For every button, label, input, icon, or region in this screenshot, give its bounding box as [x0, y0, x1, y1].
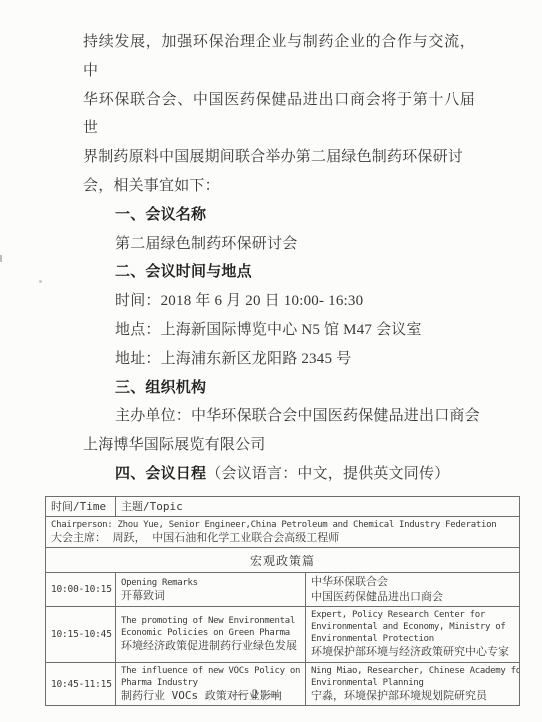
chairperson-en: Chairperson: Zhou Yue, Senior Engineer,C…	[51, 519, 514, 531]
section-4-language-note: （会议语言：中文，提供英文同传）	[206, 466, 449, 482]
conference-address: 地址：上海浦东新区龙阳路 2345 号	[115, 345, 487, 374]
item-speaker-en: Ning Miao, Researcher, Chinese Academy f…	[311, 665, 514, 689]
item-time: 10:00-10:15	[46, 573, 116, 607]
conference-name: 第二届绿色制药环保研讨会	[115, 230, 487, 259]
header-topic: 主题/Topic	[116, 496, 520, 516]
chairperson-row: Chairperson: Zhou Yue, Senior Engineer,C…	[46, 516, 520, 548]
section-4-heading: 四、会议日程	[115, 466, 206, 482]
agenda-item-row: 10:15-10:45 The promoting of New Environ…	[46, 607, 520, 663]
item-speaker-cn: 环境保护部环境与经济政策研究中心专家	[311, 645, 514, 660]
item-topic-en: Opening Remarks	[121, 577, 300, 589]
item-topic-cn: 开幕致词	[121, 589, 300, 604]
item-speaker-en: Expert, Policy Research Center for Envir…	[311, 609, 514, 645]
chairperson-cn: 大会主席： 周跃， 中国石油和化学工业联合会高级工程师	[51, 531, 514, 546]
conference-time: 时间：2018 年 6 月 20 日 10:00- 16:30	[115, 287, 487, 316]
section-1-heading: 一、会议名称	[115, 201, 487, 230]
host-organizations-line1: 主办单位：中华环保联合会中国医药保健品进出口商会	[115, 402, 487, 431]
agenda-header-row: 时间/Time 主题/Topic	[46, 496, 520, 516]
item-time: 10:15-10:45	[46, 607, 116, 663]
section-2-heading: 二、会议时间与地点	[115, 258, 487, 287]
intro-paragraph: 持续发展，加强环保治理企业与制药企业的合作与交流，中 华环保联合会、中国医药保健…	[83, 28, 475, 201]
agenda-section-title: 宏观政策篇	[46, 548, 520, 573]
agenda-item-row: 10:00-10:15 Opening Remarks 开幕致词 中华环保联合会…	[46, 573, 520, 607]
conference-venue: 地点：上海新国际博览中心 N5 馆 M47 会议室	[115, 316, 487, 345]
item-speaker-cn: 中华环保联合会 中国医药保健品进出口商会	[311, 575, 514, 604]
page-number: — 2 —	[0, 687, 512, 702]
section-3-heading: 三、组织机构	[115, 374, 487, 403]
agenda-table: 时间/Time 主题/Topic Chairperson: Zhou Yue, …	[45, 496, 520, 707]
section-4-heading-row: 四、会议日程（会议语言：中文，提供英文同传）	[115, 460, 487, 489]
scanned-document-page: 持续发展，加强环保治理企业与制药企业的合作与交流，中 华环保联合会、中国医药保健…	[0, 0, 542, 722]
header-time: 时间/Time	[46, 496, 116, 516]
item-topic-en: The promoting of New Environmental Econo…	[121, 615, 300, 639]
item-topic-en: The influence of new VOCs Policy on Phar…	[121, 665, 300, 689]
document-body: 持续发展，加强环保治理企业与制药企业的合作与交流，中 华环保联合会、中国医药保健…	[0, 28, 542, 706]
item-topic-cn: 环境经济政策促进制药行业绿色发展	[121, 639, 300, 654]
host-organizations-line2: 上海博华国际展览有限公司	[83, 431, 483, 460]
agenda-section-row: 宏观政策篇	[46, 548, 520, 573]
